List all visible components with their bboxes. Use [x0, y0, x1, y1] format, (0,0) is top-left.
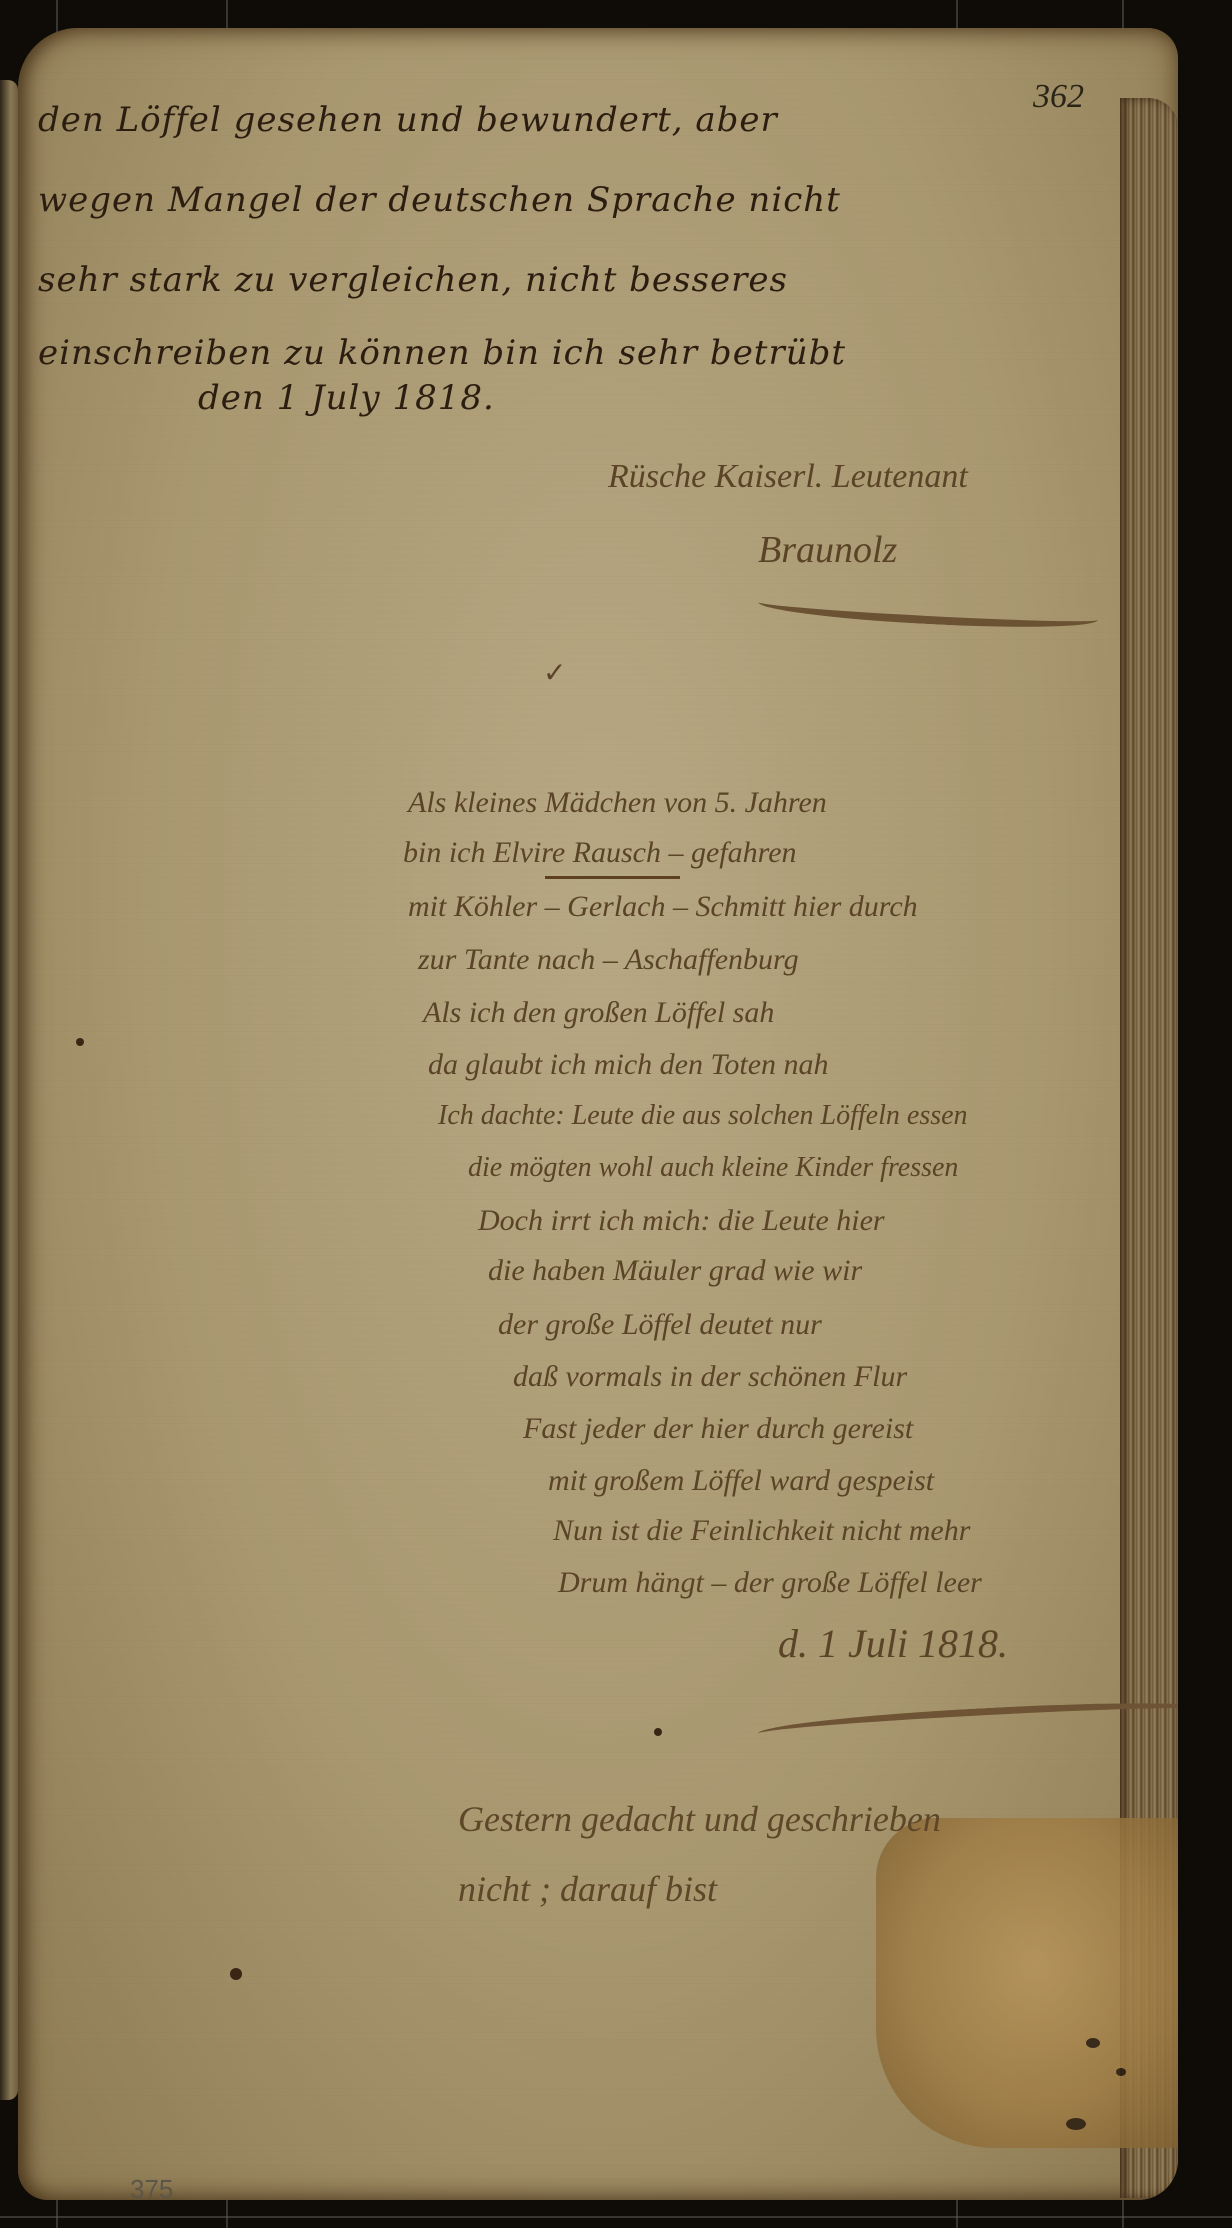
poem-line: Doch irrt ich mich: die Leute hier — [478, 1204, 885, 1238]
ink-dot — [76, 1038, 84, 1046]
entry-1-line: den Löffel gesehen und bewundert, aber — [38, 100, 778, 140]
signature-flourish — [758, 589, 1099, 633]
ink-spot — [1086, 2038, 1100, 2048]
poem-line: daß vormals in der schönen Flur — [513, 1360, 907, 1394]
poem-line: Drum hängt – der große Löffel leer — [558, 1566, 982, 1600]
poem-line: bin ich Elvire Rausch – gefahren — [403, 836, 797, 870]
poem-date: d. 1 Juli 1818. — [778, 1620, 1008, 1667]
poem-line: mit Köhler – Gerlach – Schmitt hier durc… — [408, 890, 918, 924]
pencil-page-number: 375 — [130, 2174, 173, 2200]
poem-line: der große Löffel deutet nur — [498, 1308, 822, 1342]
signature-line-1: Rüsche Kaiserl. Leutenant — [608, 458, 968, 496]
poem-line: Nun ist die Feinlichkeit nicht mehr — [553, 1514, 970, 1548]
poem-line-text: bin ich Elvire Rausch – gefahren — [403, 836, 797, 869]
ink-dot — [654, 1728, 662, 1736]
entry-3-line: Gestern gedacht und geschrieben — [458, 1798, 941, 1840]
entry-3-line: nicht ; darauf bist — [458, 1868, 717, 1910]
name-underline — [545, 876, 680, 879]
poem-line: mit großem Löffel ward gespeist — [548, 1464, 934, 1498]
poem-line: die mögten wohl auch kleine Kinder fress… — [468, 1152, 958, 1184]
poem-line: Als ich den großen Löffel sah — [423, 996, 774, 1030]
poem-line: da glaubt ich mich den Toten nah — [428, 1048, 829, 1082]
entry-1-line: sehr stark zu vergleichen, nicht bessere… — [38, 260, 788, 300]
entry-1-line: wegen Mangel der deutschen Sprache nicht — [38, 180, 841, 220]
water-stain — [876, 1818, 1178, 2148]
manuscript-page: 362 den Löffel gesehen und bewundert, ab… — [18, 28, 1178, 2200]
ink-spot — [1116, 2068, 1126, 2076]
ink-spot — [1066, 2118, 1086, 2130]
signature-line-2: Braunolz — [758, 528, 897, 572]
grid-line — [0, 2216, 1232, 2218]
date-flourish — [758, 1696, 1178, 1747]
poem-line: Ich dachte: Leute die aus solchen Löffel… — [438, 1100, 968, 1132]
entry-1-line: einschreiben zu können bin ich sehr betr… — [38, 333, 846, 373]
poem-line: Als kleines Mädchen von 5. Jahren — [408, 786, 827, 820]
folio-number: 362 — [1033, 78, 1084, 116]
poem-line: Fast jeder der hier durch gereist — [523, 1412, 913, 1446]
adjacent-page-edge — [0, 80, 18, 2100]
separator-mark: ✓ — [543, 656, 566, 689]
poem-line: die haben Mäuler grad wie wir — [488, 1254, 862, 1288]
poem-line: zur Tante nach – Aschaffenburg — [418, 943, 799, 977]
ink-dot — [230, 1968, 242, 1980]
entry-1-date: den 1 July 1818. — [198, 378, 495, 418]
